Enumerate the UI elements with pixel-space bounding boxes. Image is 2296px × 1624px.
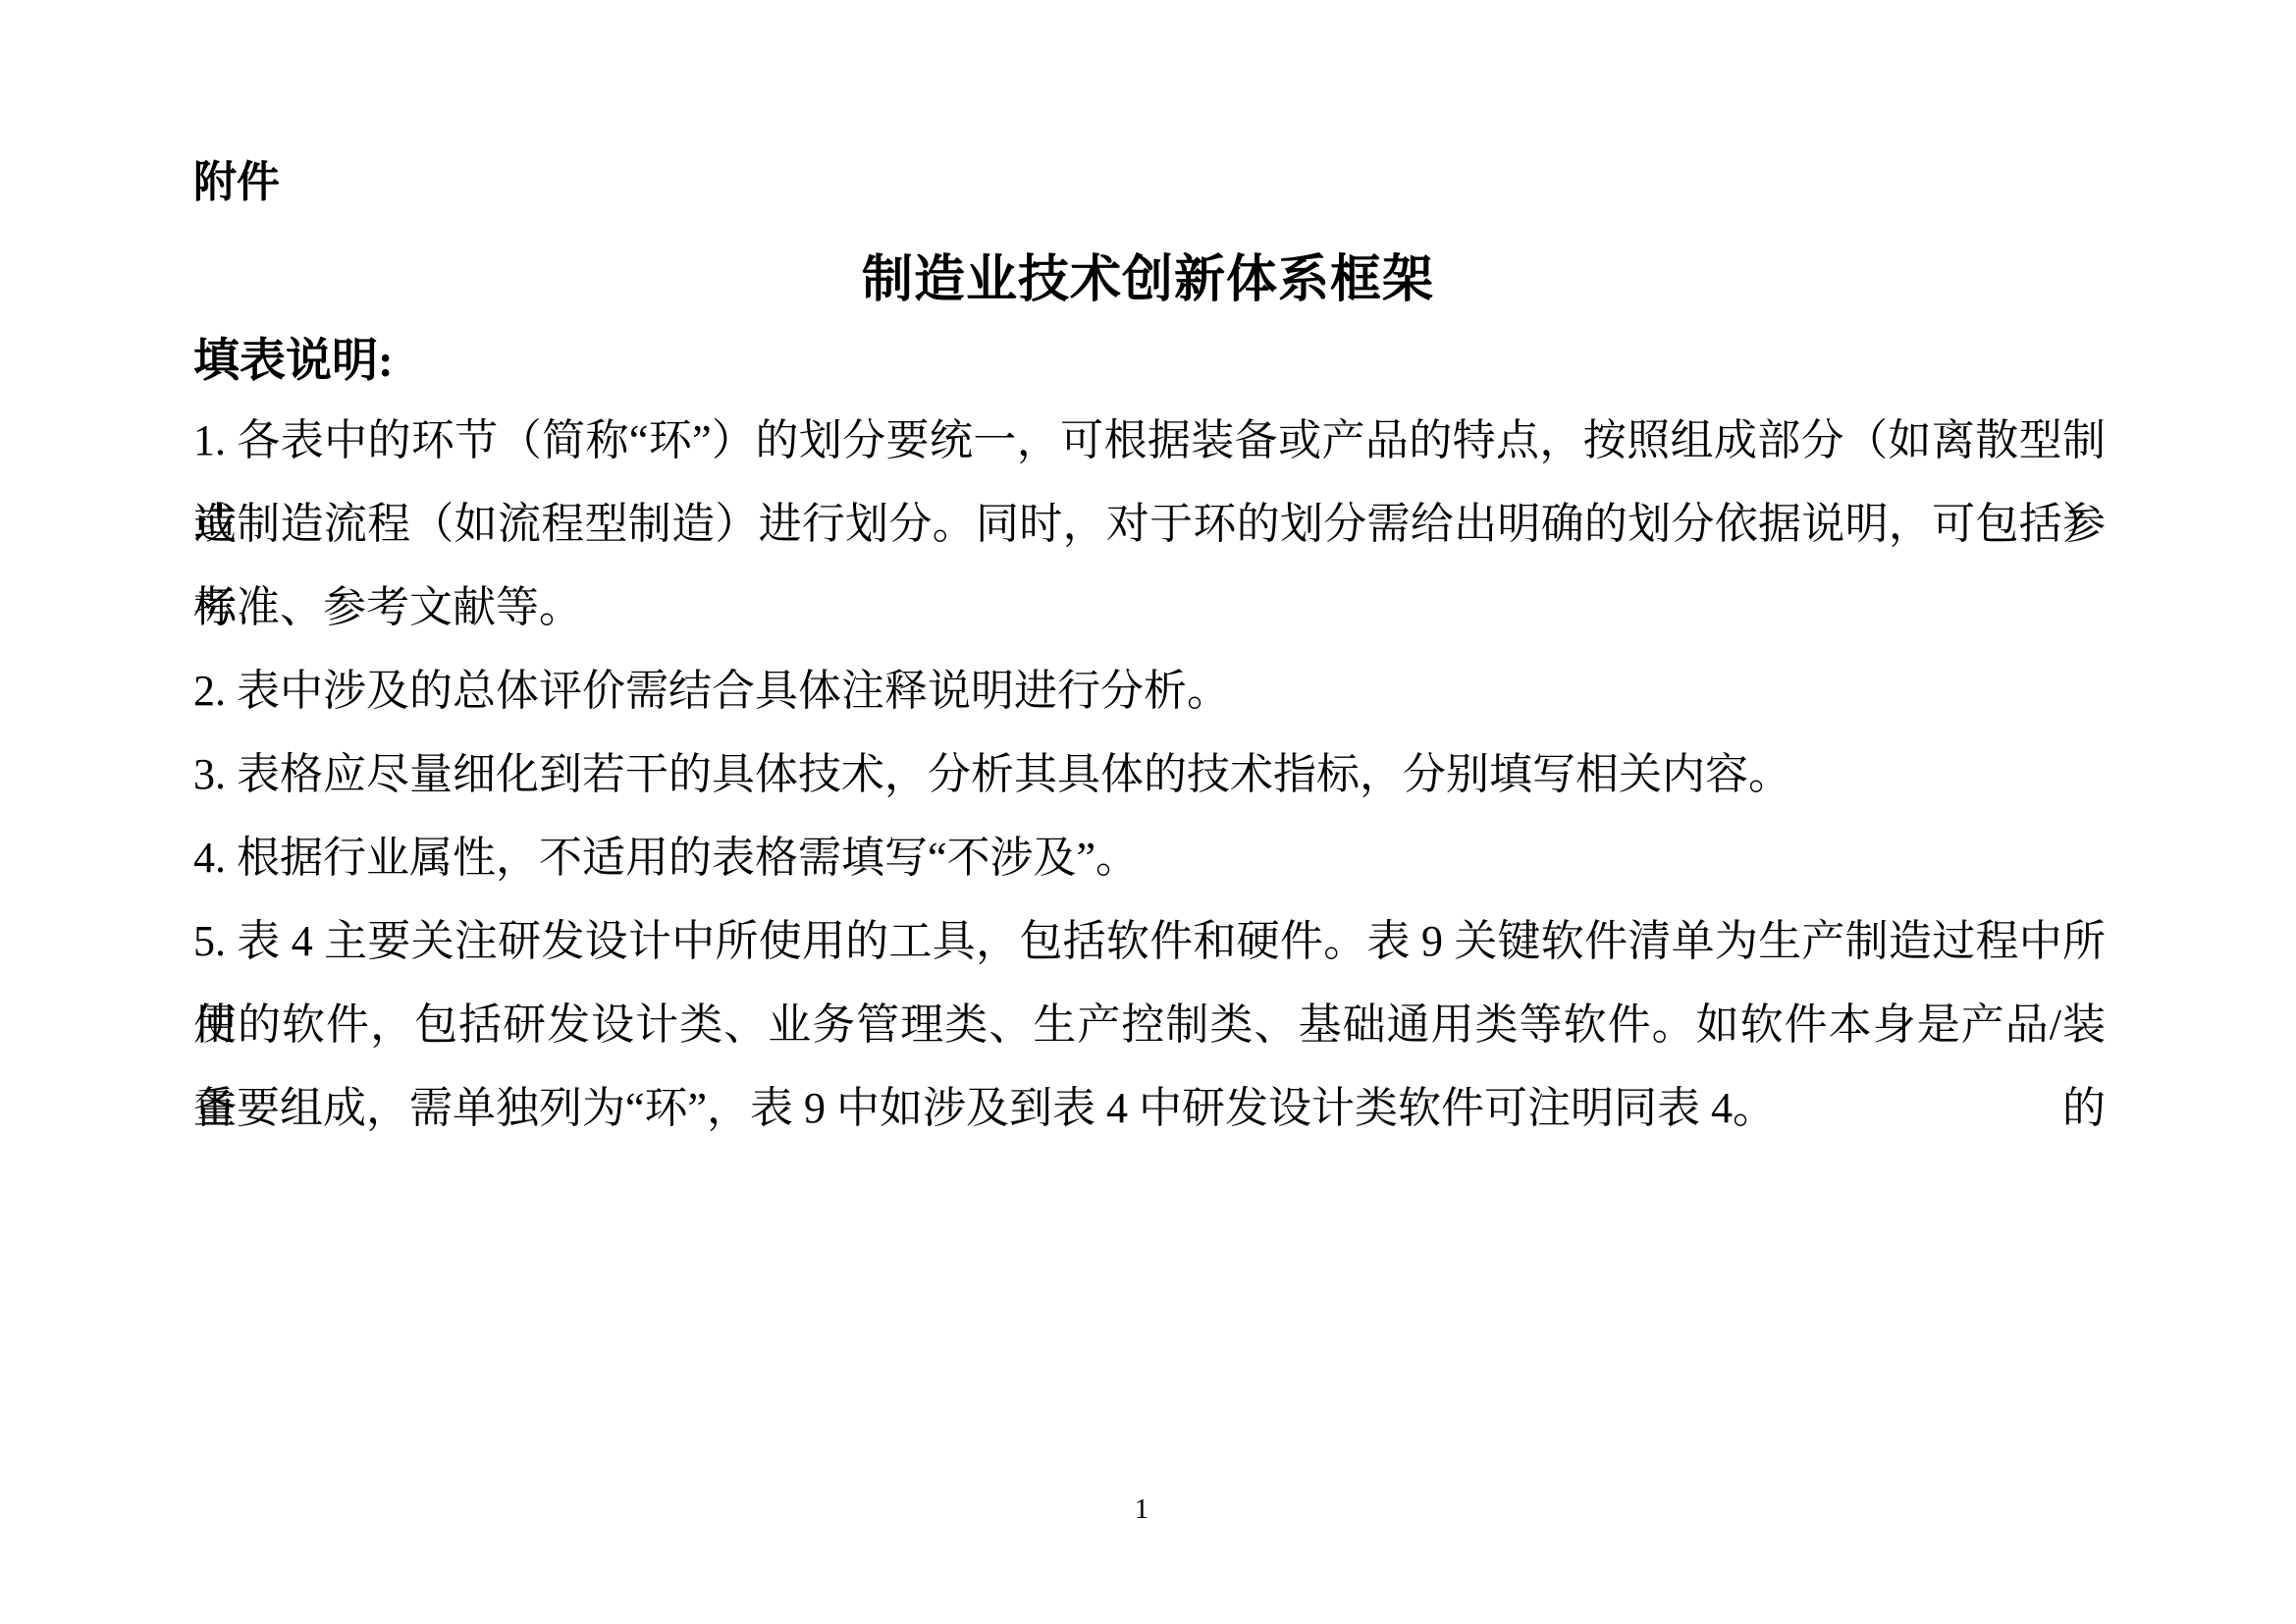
body-line-8: 用的软件，包括研发设计类、业务管理类、生产控制类、基础通用类等软件。如软件本身是… bbox=[193, 983, 2106, 1066]
body-line-5: 3. 表格应尽量细化到若干的具体技术，分析其具体的技术指标，分别填写相关内容。 bbox=[193, 732, 2106, 816]
document-title: 制造业技术创新体系框架 bbox=[0, 250, 2296, 311]
page-number: 1 bbox=[0, 1492, 2283, 1527]
attachment-label: 附件 bbox=[193, 157, 280, 209]
instructions-body: 1. 各表中的环节（简称“环”）的划分要统一，可根据装备或产品的特点，按照组成部… bbox=[193, 399, 2106, 1150]
body-line-6: 4. 根据行业属性，不适用的表格需填写“不涉及”。 bbox=[193, 816, 2106, 899]
body-line-7: 5. 表 4 主要关注研发设计中所使用的工具，包括软件和硬件。表 9 关键软件清… bbox=[193, 899, 2106, 983]
body-line-4: 2. 表中涉及的总体评价需结合具体注释说明进行分析。 bbox=[193, 649, 2106, 732]
document-page: 附件 制造业技术创新体系框架 填表说明: 1. 各表中的环节（简称“环”）的划分… bbox=[0, 0, 2296, 1624]
body-line-1: 1. 各表中的环节（简称“环”）的划分要统一，可根据装备或产品的特点，按照组成部… bbox=[193, 399, 2106, 482]
section-heading: 填表说明: bbox=[193, 334, 394, 389]
body-line-2: 或制造流程（如流程型制造）进行划分。同时，对于环的划分需给出明确的划分依据说明，… bbox=[193, 482, 2106, 566]
body-line-3: 标准、参考文献等。 bbox=[193, 566, 2106, 649]
